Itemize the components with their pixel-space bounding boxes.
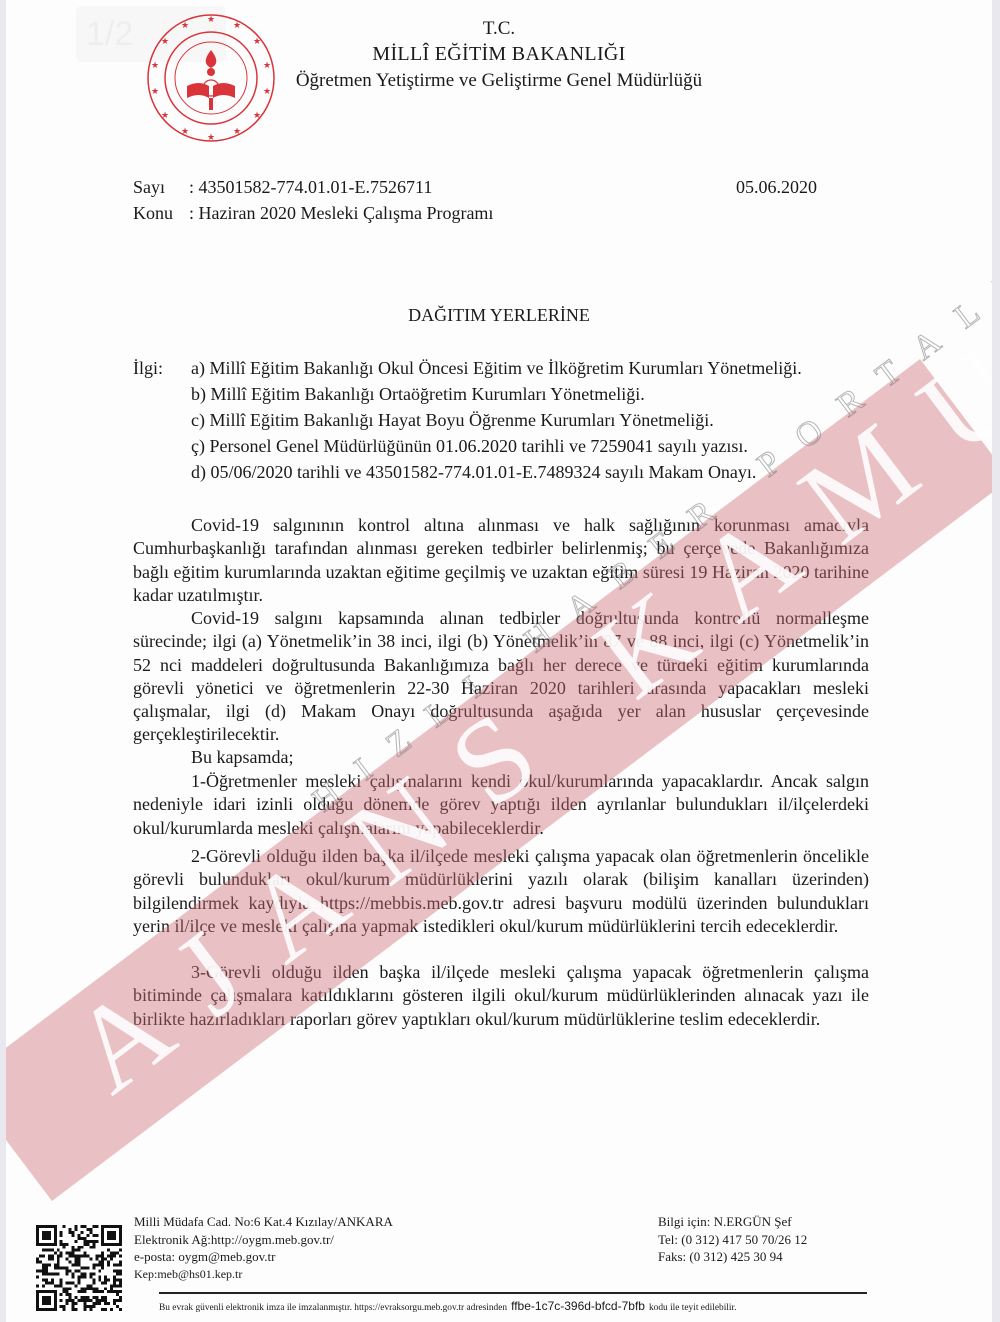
ilgi-item: ç) Personel Genel Müdürlüğünün 01.06.202… [191, 436, 748, 457]
header-directorate: Öğretmen Yetiştirme ve Geliştirme Genel … [6, 70, 992, 92]
footer-web: Elektronik Ağ:http://oygm.meb.gov.tr/ [134, 1231, 393, 1249]
svg-text:★: ★ [181, 126, 189, 136]
body-paragraph: 1-Öğretmenler mesleki çalışmalarını kend… [133, 770, 869, 840]
footer-kep: Kep:meb@hs01.kep.tr [134, 1266, 393, 1284]
sayi-value: : 43501582-774.01.01-E.7526711 [189, 177, 432, 197]
e-signature-note: Bu evrak güvenli elektronik imza ile imz… [159, 1299, 879, 1313]
sayi-row: Sayı: 43501582-774.01.01-E.7526711 [133, 177, 432, 198]
body-paragraph: 3-Görevli olduğu ilden başka il/ilçede m… [133, 961, 869, 1031]
e-signature-prefix: Bu evrak güvenli elektronik imza ile imz… [159, 1303, 507, 1313]
ilgi-item: a) Millî Eğitim Bakanlığı Okul Öncesi Eğ… [191, 358, 802, 379]
footer-info-person: Bilgi için: N.ERGÜN Şef [658, 1213, 807, 1231]
footer-contact: Milli Müdafa Cad. No:6 Kat.4 Kızılay/ANK… [134, 1213, 393, 1283]
ilgi-item: b) Millî Eğitim Bakanlığı Ortaöğretim Ku… [191, 384, 645, 405]
ilgi-item: c) Millî Eğitim Bakanlığı Hayat Boyu Öğr… [191, 410, 714, 431]
ilgi-label: İlgi: [133, 358, 163, 379]
header-ministry: MİLLÎ EĞİTİM BAKANLIĞI [6, 43, 992, 66]
e-signature-suffix: kodu ile teyit edilebilir. [649, 1303, 736, 1313]
svg-text:★: ★ [233, 126, 241, 136]
distribution-heading: DAĞITIM YERLERİNE [6, 305, 992, 326]
svg-text:★: ★ [161, 110, 169, 120]
body-paragraph: Bu kapsamda; [133, 746, 869, 769]
body-paragraph: Covid-19 salgınının kontrol altına alınm… [133, 514, 869, 607]
footer-divider [159, 1292, 867, 1294]
footer-email: e-posta: oygm@meb.gov.tr [134, 1248, 393, 1266]
document-page: 1/2 ★ ★ ★ ★ ★ ★ ★ ★ ★ ★ ★ ★ ★ ★ [6, 0, 992, 1322]
verify-code: ffbe-1c7c-396d-bfcd-7bfb [511, 1299, 645, 1313]
body-paragraph: 2-Görevli olduğu ilden başka il/ilçede m… [133, 845, 869, 938]
qr-code-icon [36, 1225, 122, 1311]
header-line-tc: T.C. [6, 18, 992, 40]
document-date: 05.06.2020 [736, 177, 817, 198]
footer-address: Milli Müdafa Cad. No:6 Kat.4 Kızılay/ANK… [134, 1213, 393, 1231]
footer-fax: Faks: (0 312) 425 30 94 [658, 1248, 807, 1266]
svg-text:★: ★ [253, 110, 261, 120]
svg-text:★: ★ [207, 132, 215, 142]
konu-label: Konu [133, 203, 189, 224]
sayi-label: Sayı [133, 177, 189, 198]
footer-tel: Tel: (0 312) 417 50 70/26 12 [658, 1231, 807, 1249]
konu-value: : Haziran 2020 Mesleki Çalışma Programı [189, 203, 493, 223]
ilgi-item: d) 05/06/2020 tarihli ve 43501582-774.01… [191, 462, 756, 483]
body-paragraph: Covid-19 salgını kapsamında alınan tedbi… [133, 607, 869, 747]
konu-row: Konu: Haziran 2020 Mesleki Çalışma Progr… [133, 203, 493, 224]
footer-info: Bilgi için: N.ERGÜN Şef Tel: (0 312) 417… [658, 1213, 807, 1266]
